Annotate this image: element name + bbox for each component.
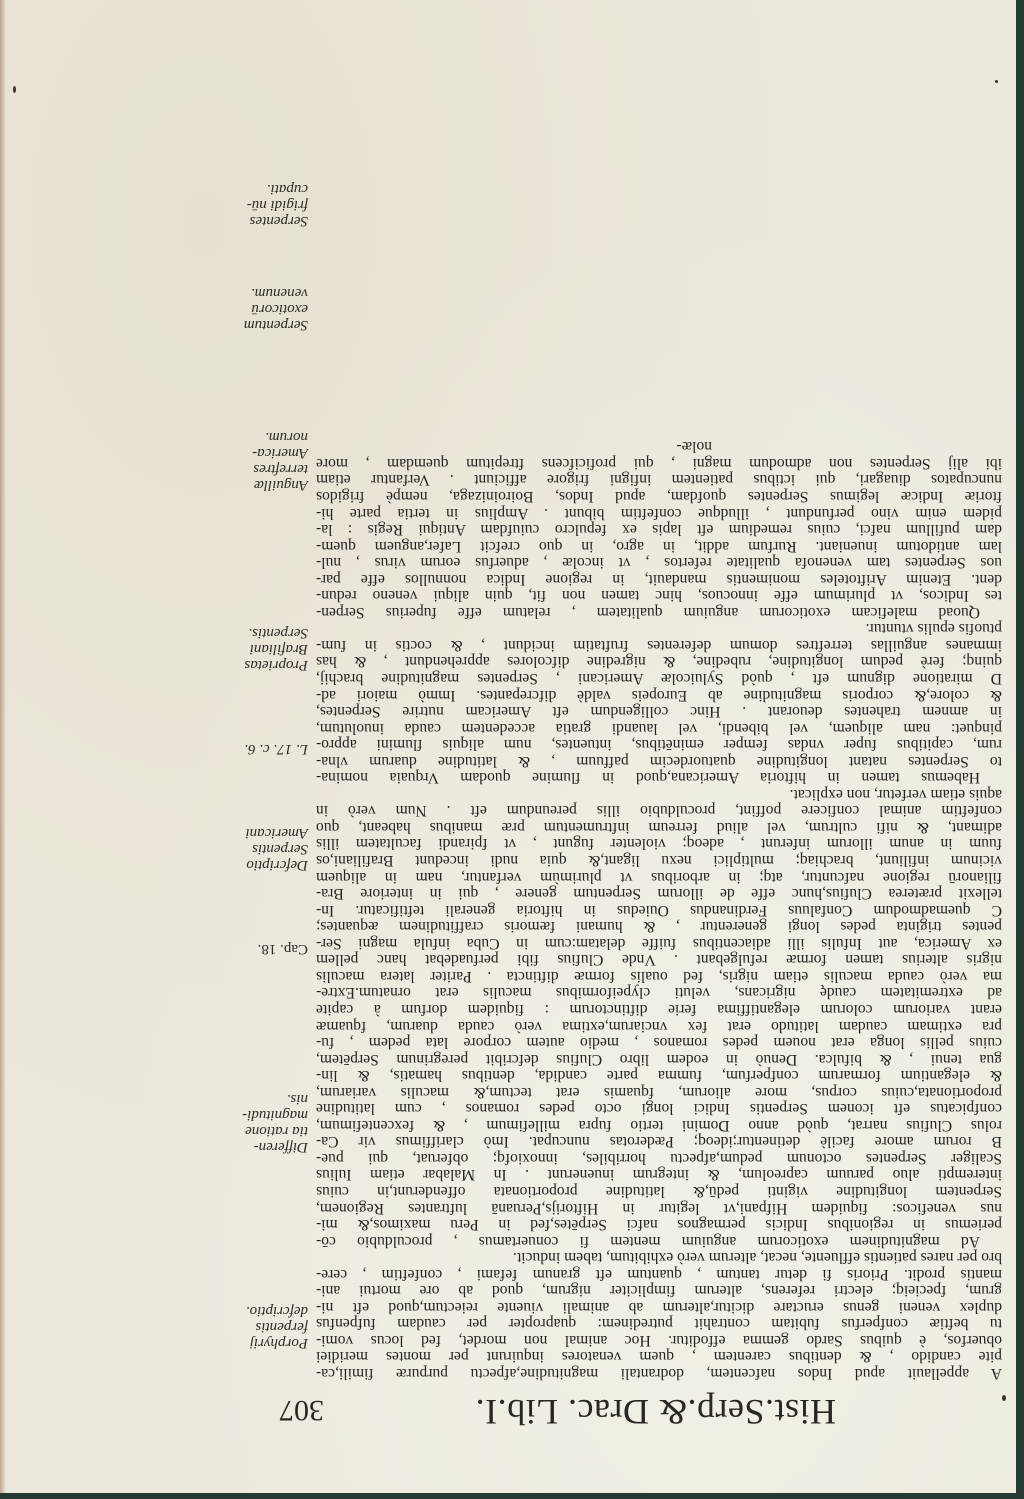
- text-line: adimant, & nifi cultrum, vel aliud ferre…: [316, 818, 1002, 835]
- text-line: erant variorum colorum elegantiffima fer…: [316, 1000, 1002, 1017]
- paper-edge-shadow: [0, 0, 6, 1493]
- text-line: D miratione dignum eft , quòd Syluicolæ …: [316, 669, 1002, 686]
- text-line: fuum in anum illorum inferunt , adeoq; v…: [316, 835, 1002, 852]
- text-line: in amnem trahentes deuorant . Hinc colli…: [316, 703, 1002, 720]
- margin-note-proprietas: ProprietasBrafilianiSerpentis.: [244, 625, 308, 673]
- paper-sheet: Hist.Serp.& Drac. Lib.I. 307 A appellaui…: [0, 0, 1016, 1493]
- text-line: ftoriæ Indicæ legimus Serpentes quofdam,…: [316, 487, 1002, 504]
- text-line: grum, fpecieiq; electri referens, alteru…: [316, 1282, 1002, 1299]
- text-line: pidem enim vino perfundunt , illudque co…: [316, 504, 1002, 521]
- text-line: quinq; ferè pedum longitudine, rubedine,…: [316, 653, 1002, 670]
- margin-note-chapter: Cap. 18.: [258, 941, 308, 957]
- page-header: Hist.Serp.& Drac. Lib.I. 307: [0, 1393, 1016, 1433]
- text-line: & elegantium formarum confperfum, fumma …: [316, 1067, 1002, 1084]
- text-line: Habemus tamen in hiftoria Americana,quod…: [316, 769, 1002, 786]
- text-line: C quemadmodum Confaluus Ferdinandus Ouie…: [316, 901, 1002, 918]
- text-line: tu beftiæ confperfus fubitam contrahit p…: [316, 1315, 1002, 1332]
- text-line: B rorum amore facilè detinentur;ideoq; P…: [316, 1133, 1002, 1150]
- ink-speck: [1002, 1395, 1006, 1401]
- text-line: to Serpentes natant longitudine quatuord…: [316, 752, 1002, 769]
- text-line: tes Indicos, vt plurimum effe innocuos, …: [316, 587, 1002, 604]
- text-line: confpicatus eft iconem Serpentis Indici …: [316, 1100, 1002, 1117]
- text-line: Quoad maleficam exoticorum anguium quali…: [316, 603, 1002, 620]
- text-line: periemus in regionibus Indicis permagnos…: [316, 1216, 1002, 1233]
- margin-note-differentia: Differen-tia rationemagnitudi-nis.: [242, 1091, 308, 1155]
- text-line: lam antidotum inueniant. Rurfum addit, i…: [316, 537, 1002, 554]
- text-line: nus veneficos: fiquidem Hifpani,vt legit…: [316, 1199, 1002, 1216]
- text-line: proportionata,cuius corpus, more aliorum…: [316, 1083, 1002, 1100]
- margin-note-porphyrii: Porphyrijferpentisdefcriptio.: [246, 1303, 308, 1351]
- text-line: rum, capitibus fuper vndas femper eminēt…: [316, 736, 1002, 753]
- text-line: uos Serpentes tam venenofa qualitate ref…: [316, 554, 1002, 571]
- text-line: Serpentem longitudine viginti pedū,& lat…: [316, 1182, 1002, 1199]
- text-line: mantis prodit. Prioris fi detur tantum ,…: [316, 1265, 1002, 1282]
- margin-note-anguillae: AnguillæterreftresAmerica-norum.: [252, 429, 308, 493]
- text-line: filianorū regione nafcuntur, atq; in arb…: [316, 868, 1002, 885]
- text-line: gua tenui , & bifulca. Denuò in eodem li…: [316, 1050, 1002, 1067]
- ink-speck: [13, 86, 16, 93]
- text-line: dent. Etenim Ariftoteles monimentis mand…: [316, 570, 1002, 587]
- text-line: obuerfos, è quibus Sardo gemma effoditur…: [316, 1331, 1002, 1348]
- text-line: interempti aluo paruum capreolum, & inte…: [316, 1166, 1002, 1183]
- text-line: aquis etiam verfetur, non explicat.: [316, 785, 1002, 802]
- text-line: vicinum infiliunt, brachiaq; multiplici …: [316, 852, 1002, 869]
- text-line: & colore,& corporis magnitudine ab Europ…: [316, 686, 1002, 703]
- text-line: cuius pellis longa erat nouem pedes roma…: [316, 1034, 1002, 1051]
- main-text-column: A appellauit apud Indos nafcentem, dodra…: [316, 438, 1002, 1381]
- margin-note-descriptio: DefcriptioSerpentisAmericani: [246, 825, 308, 873]
- text-line: rolus Clufius narrat, quòd anno Domini t…: [316, 1116, 1002, 1133]
- text-line: pite candido , & dentibus carentem , que…: [316, 1348, 1002, 1365]
- text-line: immanes anguillas terreftres domum defer…: [316, 636, 1002, 653]
- text-line: bro per nares patientis effluente, necat…: [316, 1249, 1002, 1266]
- text-line: ex America, aut Infulis illi adiacentibu…: [316, 934, 1002, 951]
- text-line: ibi alij Serpentes non admodum magni , q…: [316, 454, 1002, 471]
- margin-note-reference: L. 17. c. 6.: [244, 741, 308, 757]
- text-line: ad extremitatem caudę nigricans, veluti …: [316, 984, 1002, 1001]
- margin-note-frigidi: Serpentesfrigidi nū-cupati.: [247, 181, 308, 229]
- text-line: dam pufillum nafci, cuius remedium eft l…: [316, 521, 1002, 538]
- text-line: tellexit præterea Clufius,hunc effe de i…: [316, 885, 1002, 902]
- margin-note-venenum: Serpentumexoticorūvenenum.: [244, 285, 308, 333]
- text-line: ma verò cauda maculis etiam nigris, fed …: [316, 967, 1002, 984]
- text-line: duplex veneni genus eructare dicitur,alt…: [316, 1298, 1002, 1315]
- running-title: Hist.Serp.& Drac. Lib.I.: [475, 1391, 836, 1433]
- text-line: nuncupatos diuagari, qui ictibus patient…: [316, 471, 1002, 488]
- text-line: nolæ-: [316, 438, 1002, 455]
- text-line: pinquet: nam aliquem, vel bibendi, vel l…: [316, 719, 1002, 736]
- scanned-page-rotated: Hist.Serp.& Drac. Lib.I. 307 A appellaui…: [0, 0, 1024, 1499]
- text-line: pra extimam caudam latitudo erat fex vnc…: [316, 1017, 1002, 1034]
- text-line: ptuofis epulis vtuntur.: [316, 620, 1002, 637]
- text-line: confeftim animal conficere poffint, proc…: [316, 802, 1002, 819]
- text-line: nigris alterius tamen formæ refulgebant …: [316, 951, 1002, 968]
- ink-speck: [995, 80, 998, 83]
- page-number: 307: [279, 1393, 324, 1427]
- text-line: A appellauit apud Indos nafcentem, dodra…: [316, 1364, 1002, 1381]
- text-line: Scaliger Serpentes octonum pedum,afpectu…: [316, 1149, 1002, 1166]
- text-line: pentes triginta pedes longi generentur ,…: [316, 918, 1002, 935]
- text-line: Ad magnitudinem exoticorum anguium mente…: [316, 1232, 1002, 1249]
